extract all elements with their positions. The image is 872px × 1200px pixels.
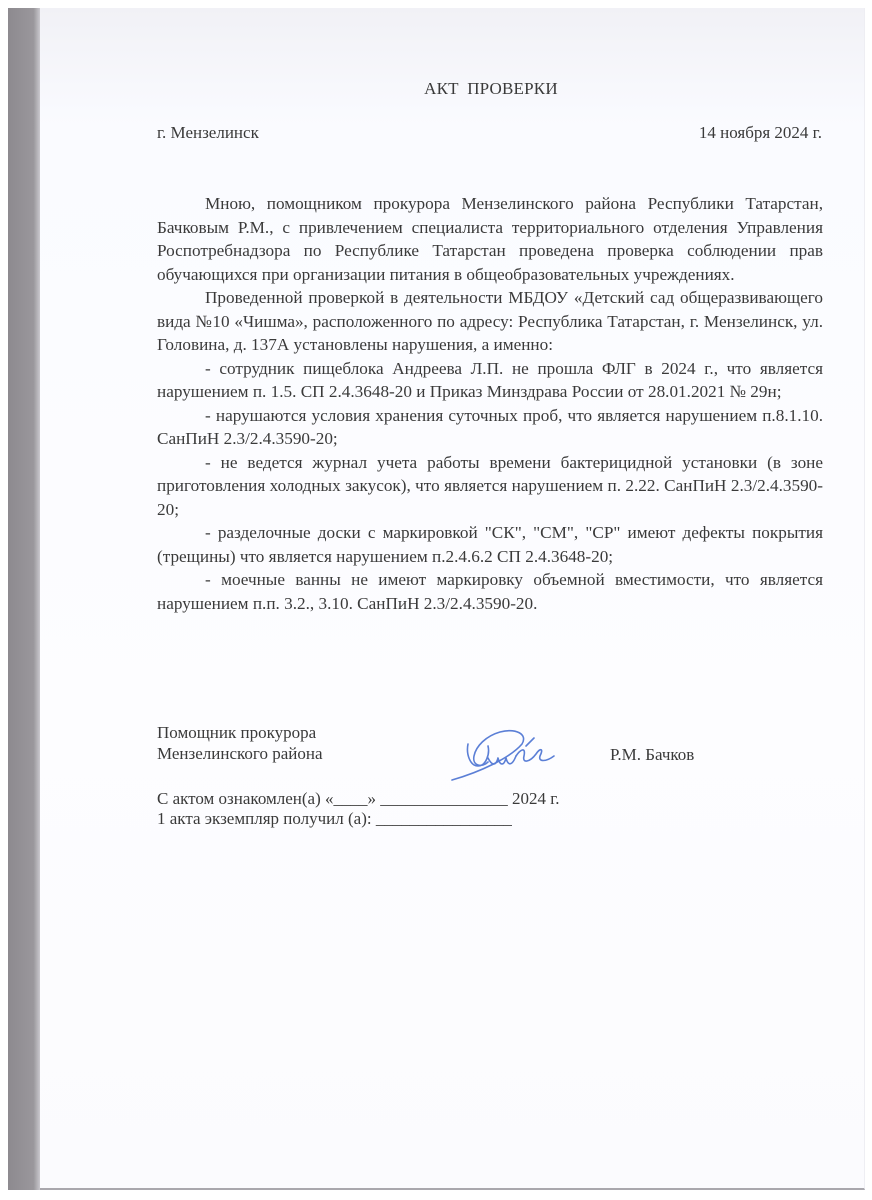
violation-item: - нарушаются условия хранения суточных п… [157, 404, 823, 451]
acknowledgement-block: С актом ознакомлен(а) «____» ___________… [157, 789, 560, 829]
signatory-position: Помощник прокурора Мензелинского района [157, 722, 323, 764]
signatory-position-line1: Помощник прокурора [157, 722, 323, 743]
document-title: АКТ ПРОВЕРКИ [0, 79, 872, 99]
acknowledgement-line: С актом ознакомлен(а) «____» ___________… [157, 789, 560, 809]
violation-item: - сотрудник пищеблока Андреева Л.П. не п… [157, 357, 823, 404]
copy-received-line: 1 акта экземпляр получил (а): __________… [157, 809, 560, 829]
violation-item: - не ведется журнал учета работы времени… [157, 451, 823, 522]
signatory-position-line2: Мензелинского района [157, 743, 323, 764]
document-body: Мною, помощником прокурора Мензелинского… [157, 192, 823, 615]
paragraph-findings: Проведенной проверкой в деятельности МБД… [157, 286, 823, 357]
violation-item: - разделочные доски с маркировкой "СК", … [157, 521, 823, 568]
document-place: г. Мензелинск [157, 123, 259, 143]
paragraph-intro: Мною, помощником прокурора Мензелинского… [157, 192, 823, 286]
handwritten-signature-icon [430, 722, 570, 788]
scan-edge-shadow [8, 8, 40, 1190]
violation-item: - моечные ванны не имеют маркировку объе… [157, 568, 823, 615]
document-date: 14 ноября 2024 г. [699, 123, 822, 143]
signatory-name: Р.М. Бачков [610, 745, 694, 765]
